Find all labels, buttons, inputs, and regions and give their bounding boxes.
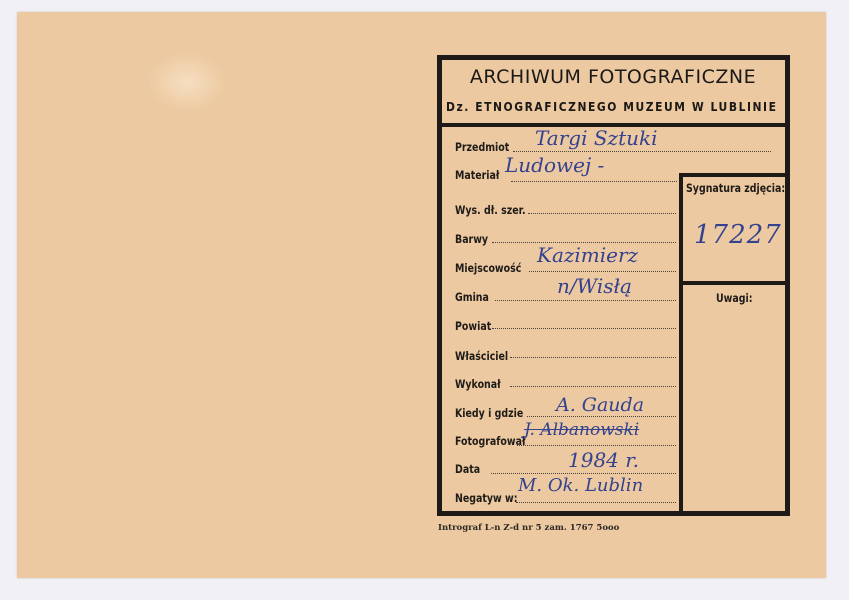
field-value-kiedy-i-gdzie: A. Gauda <box>556 394 644 416</box>
field-label-data: Data <box>455 462 480 476</box>
field-line-gmina <box>495 300 676 301</box>
card-title: ARCHIWUM FOTOGRAFICZNE <box>440 66 786 88</box>
field-line-kiedy-i-gdzie <box>527 416 676 417</box>
signature-number: 17227 <box>694 220 782 250</box>
field-line-powiat <box>492 328 676 329</box>
field-line-przedmiot <box>513 151 771 152</box>
field-label-kiedy-i-gdzie: Kiedy i gdzie <box>455 406 523 420</box>
field-value-miejscowosc: Kazimierz <box>537 243 638 267</box>
field-value-gmina: n/Wisłą <box>557 274 632 298</box>
field-label-wykonal: Wykonał <box>455 377 501 391</box>
field-line-wykonal <box>510 386 676 387</box>
field-label-fotografowal: Fotografował <box>455 434 525 448</box>
field-value-data: 1984 r. <box>568 448 639 472</box>
field-label-gmina: Gmina <box>455 290 489 304</box>
field-value-material: Ludowej - <box>505 153 604 177</box>
field-value-przedmiot: Targi Sztuki <box>535 126 658 150</box>
field-label-wymiary: Wys. dł. szer. <box>455 203 526 217</box>
field-label-wlasciciel: Właściciel <box>455 349 508 363</box>
field-value-fotografowal: J. Albanowski <box>524 420 639 440</box>
field-label-miejscowosc: Miejscowość <box>455 261 521 275</box>
printer-note: Intrograf L-n Z-d nr 5 zam. 1767 5ooo <box>438 523 619 533</box>
field-line-wlasciciel <box>510 357 676 358</box>
signature-label: Sygnatura zdjęcia: <box>686 181 785 195</box>
field-line-material <box>511 181 677 182</box>
field-line-fotografowal <box>517 445 676 446</box>
remarks-label: Uwagi: <box>716 291 752 305</box>
field-label-negatyw: Negatyw w: <box>455 491 518 505</box>
field-label-barwy: Barwy <box>455 232 488 246</box>
field-label-powiat: Powiat <box>455 319 491 333</box>
field-line-miejscowosc <box>529 271 676 272</box>
field-line-data <box>491 473 676 474</box>
card-subtitle: Dz. ETNOGRAFICZNEGO MUZEUM W LUBLINIE <box>446 99 738 114</box>
field-value-negatyw: M. Ok. Lublin <box>518 475 643 496</box>
field-label-material: Materiał <box>455 168 499 182</box>
field-line-wymiary <box>528 213 676 214</box>
field-line-negatyw <box>516 502 676 503</box>
signature-divider <box>679 281 790 285</box>
field-label-przedmiot: Przedmiot <box>455 140 509 154</box>
